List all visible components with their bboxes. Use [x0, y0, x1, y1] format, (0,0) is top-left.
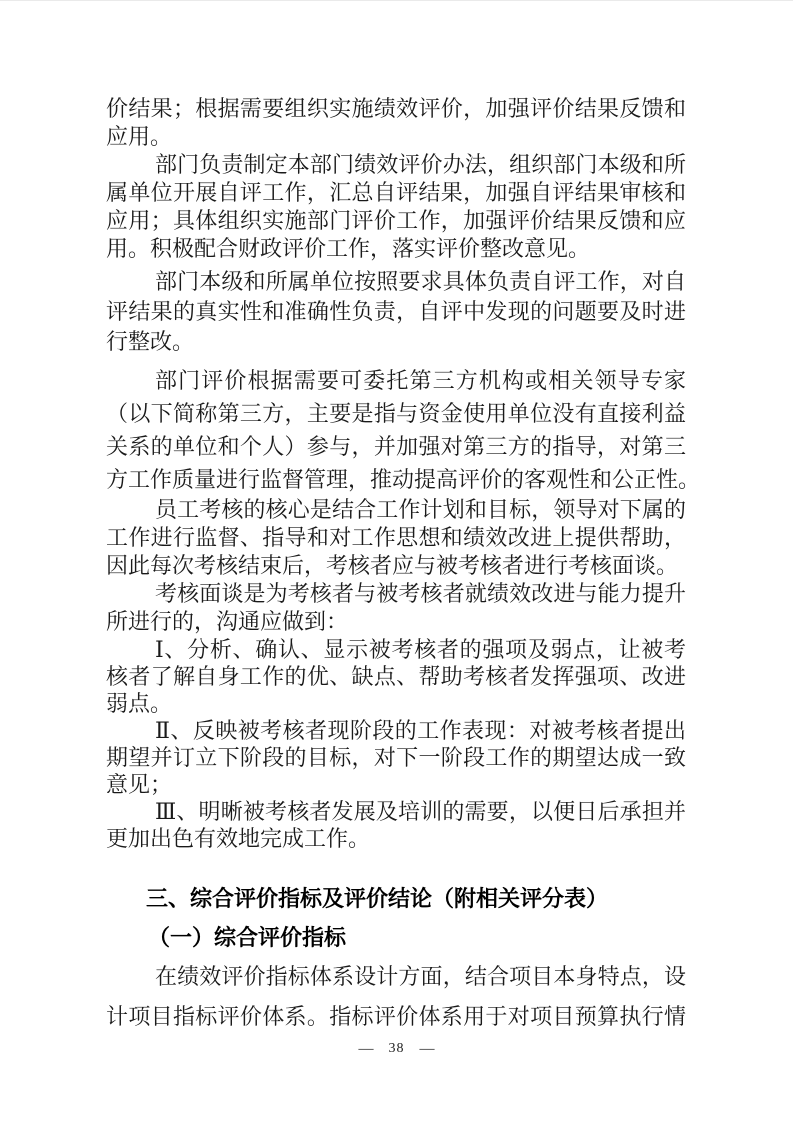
list-paragraph-I: Ⅰ、分析、确认、显示被考核者的强项及弱点，让被考 核者了解自身工作的优、缺点、帮…: [106, 636, 686, 717]
body-paragraph: 部门负责制定本部门绩效评价办法，组织部门本级和所 属单位开展自评工作，汇总自评结…: [106, 151, 686, 263]
body-paragraph: 考核面谈是为考核者与被考核者就绩效改进与能力提升 所进行的，沟通应做到：: [106, 580, 686, 636]
text-line: 更加出色有效地完成工作。: [106, 825, 686, 852]
text-line: 方工作质量进行监督管理，推动提高评价的客观性和公正性。: [106, 463, 686, 496]
text-line: Ⅲ、明晰被考核者发展及培训的需要，以便日后承担并: [106, 798, 686, 825]
text-line: Ⅱ、反映被考核者现阶段的工作表现：对被考核者提出: [106, 717, 686, 744]
text-line: 意见；: [106, 771, 686, 798]
subsection-heading: （一）综合评价指标: [106, 923, 686, 953]
text-line: Ⅰ、分析、确认、显示被考核者的强项及弱点，让被考: [106, 636, 686, 663]
text-line: 期望并订立下阶段的目标，对下一阶段工作的期望达成一致: [106, 744, 686, 771]
text-line: 部门负责制定本部门绩效评价办法，组织部门本级和所: [106, 151, 686, 179]
section-heading: 三、综合评价指标及评价结论（附相关评分表）: [106, 884, 686, 914]
text-line: 关系的单位和个人）参与，并加强对第三方的指导，对第三: [106, 430, 686, 463]
text-line: 在绩效评价指标体系设计方面，结合项目本身特点，设: [106, 957, 686, 997]
text-line: 行整改。: [106, 327, 686, 357]
footer-dash-right: —: [420, 1041, 435, 1057]
text-line: 考核面谈是为考核者与被考核者就绩效改进与能力提升: [106, 580, 686, 608]
text-line: 评结果的真实性和准确性负责，自评中发现的问题要及时进: [106, 297, 686, 327]
page-number: 38: [389, 1041, 405, 1057]
body-paragraph: 员工考核的核心是结合工作计划和目标，领导对下属的 工作进行监督、指导和对工作思想…: [106, 496, 686, 580]
text-line: 工作进行监督、指导和对工作思想和绩效改进上提供帮助，: [106, 524, 686, 552]
list-paragraph-III: Ⅲ、明晰被考核者发展及培训的需要，以便日后承担并 更加出色有效地完成工作。: [106, 798, 686, 852]
text-line: 弱点。: [106, 690, 686, 717]
text-line: 部门评价根据需要可委托第三方机构或相关领导专家: [106, 364, 686, 397]
text-line: 部门本级和所属单位按照要求具体负责自评工作，对自: [106, 267, 686, 297]
body-paragraph: 在绩效评价指标体系设计方面，结合项目本身特点，设 计项目指标评价体系。指标评价体…: [106, 957, 686, 1037]
text-line: 因此每次考核结束后，考核者应与被考核者进行考核面谈。: [106, 552, 686, 580]
page-footer: —38—: [0, 1041, 793, 1058]
text-line: 所进行的，沟通应做到：: [106, 608, 686, 636]
text-line: 应用；具体组织实施部门评价工作，加强评价结果反馈和应: [106, 207, 686, 235]
text-line: 计项目指标评价体系。指标评价体系用于对项目预算执行情: [106, 997, 686, 1037]
text-line: 用。积极配合财政评价工作，落实评价整改意见。: [106, 235, 686, 263]
text-line: 应用。: [106, 123, 686, 151]
body-paragraph: 部门评价根据需要可委托第三方机构或相关领导专家 （以下简称第三方，主要是指与资金…: [106, 364, 686, 496]
text-line: 员工考核的核心是结合工作计划和目标，领导对下属的: [106, 496, 686, 524]
list-paragraph-II: Ⅱ、反映被考核者现阶段的工作表现：对被考核者提出 期望并订立下阶段的目标，对下一…: [106, 717, 686, 798]
text-line: （以下简称第三方，主要是指与资金使用单位没有直接利益: [106, 397, 686, 430]
body-paragraph: 部门本级和所属单位按照要求具体负责自评工作，对自 评结果的真实性和准确性负责，自…: [106, 267, 686, 357]
body-paragraph: 价结果；根据需要组织实施绩效评价，加强评价结果反馈和 应用。: [106, 95, 686, 151]
page-content: 价结果；根据需要组织实施绩效评价，加强评价结果反馈和 应用。 部门负责制定本部门…: [106, 95, 686, 1037]
document-page: 价结果；根据需要组织实施绩效评价，加强评价结果反馈和 应用。 部门负责制定本部门…: [0, 0, 793, 1122]
page-top-edge: [0, 0, 793, 1]
text-line: 核者了解自身工作的优、缺点、帮助考核者发挥强项、改进: [106, 663, 686, 690]
text-line: 属单位开展自评工作，汇总自评结果，加强自评结果审核和: [106, 179, 686, 207]
footer-dash-left: —: [359, 1041, 374, 1057]
text-line: 价结果；根据需要组织实施绩效评价，加强评价结果反馈和: [106, 95, 686, 123]
